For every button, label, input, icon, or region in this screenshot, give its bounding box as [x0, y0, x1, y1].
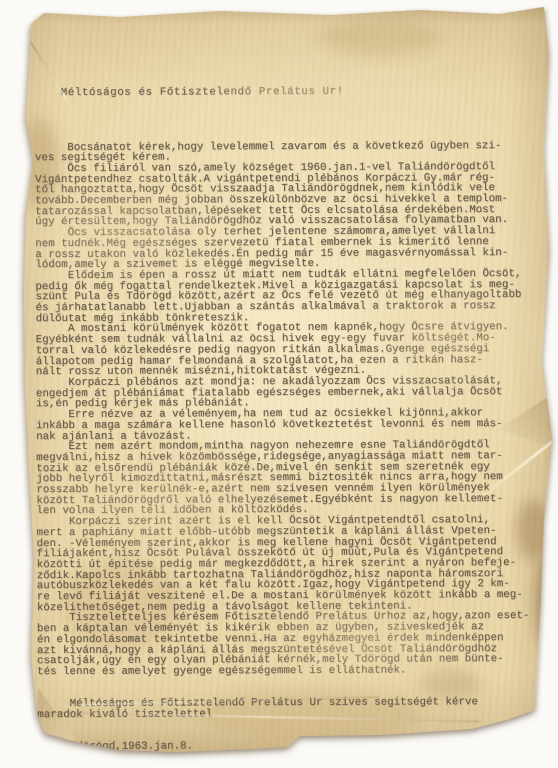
- letter-text: Méltóságos és Főtisztelendő Prelátus Ur!…: [34, 65, 539, 768]
- letter-body: Bocsánatot kérek,hogy levelemmel zavarom…: [35, 140, 539, 677]
- scanned-letter-page: Méltóságos és Főtisztelendő Prelátus Ur!…: [0, 0, 558, 768]
- letter-closing: Méltóságos és Főtisztelendő Prelátus Ur …: [37, 697, 539, 721]
- letter-dateline: Taliándörögd,1963.jan.8.: [37, 740, 539, 753]
- letter-salutation: Méltóságos és Főtisztelendő Prelátus Ur!: [35, 86, 537, 99]
- letter-paper: Méltóságos és Főtisztelendő Prelátus Ur!…: [0, 0, 558, 768]
- paper-shadow: Méltóságos és Főtisztelendő Prelátus Ur!…: [0, 0, 558, 768]
- paper-stain: [320, 18, 440, 56]
